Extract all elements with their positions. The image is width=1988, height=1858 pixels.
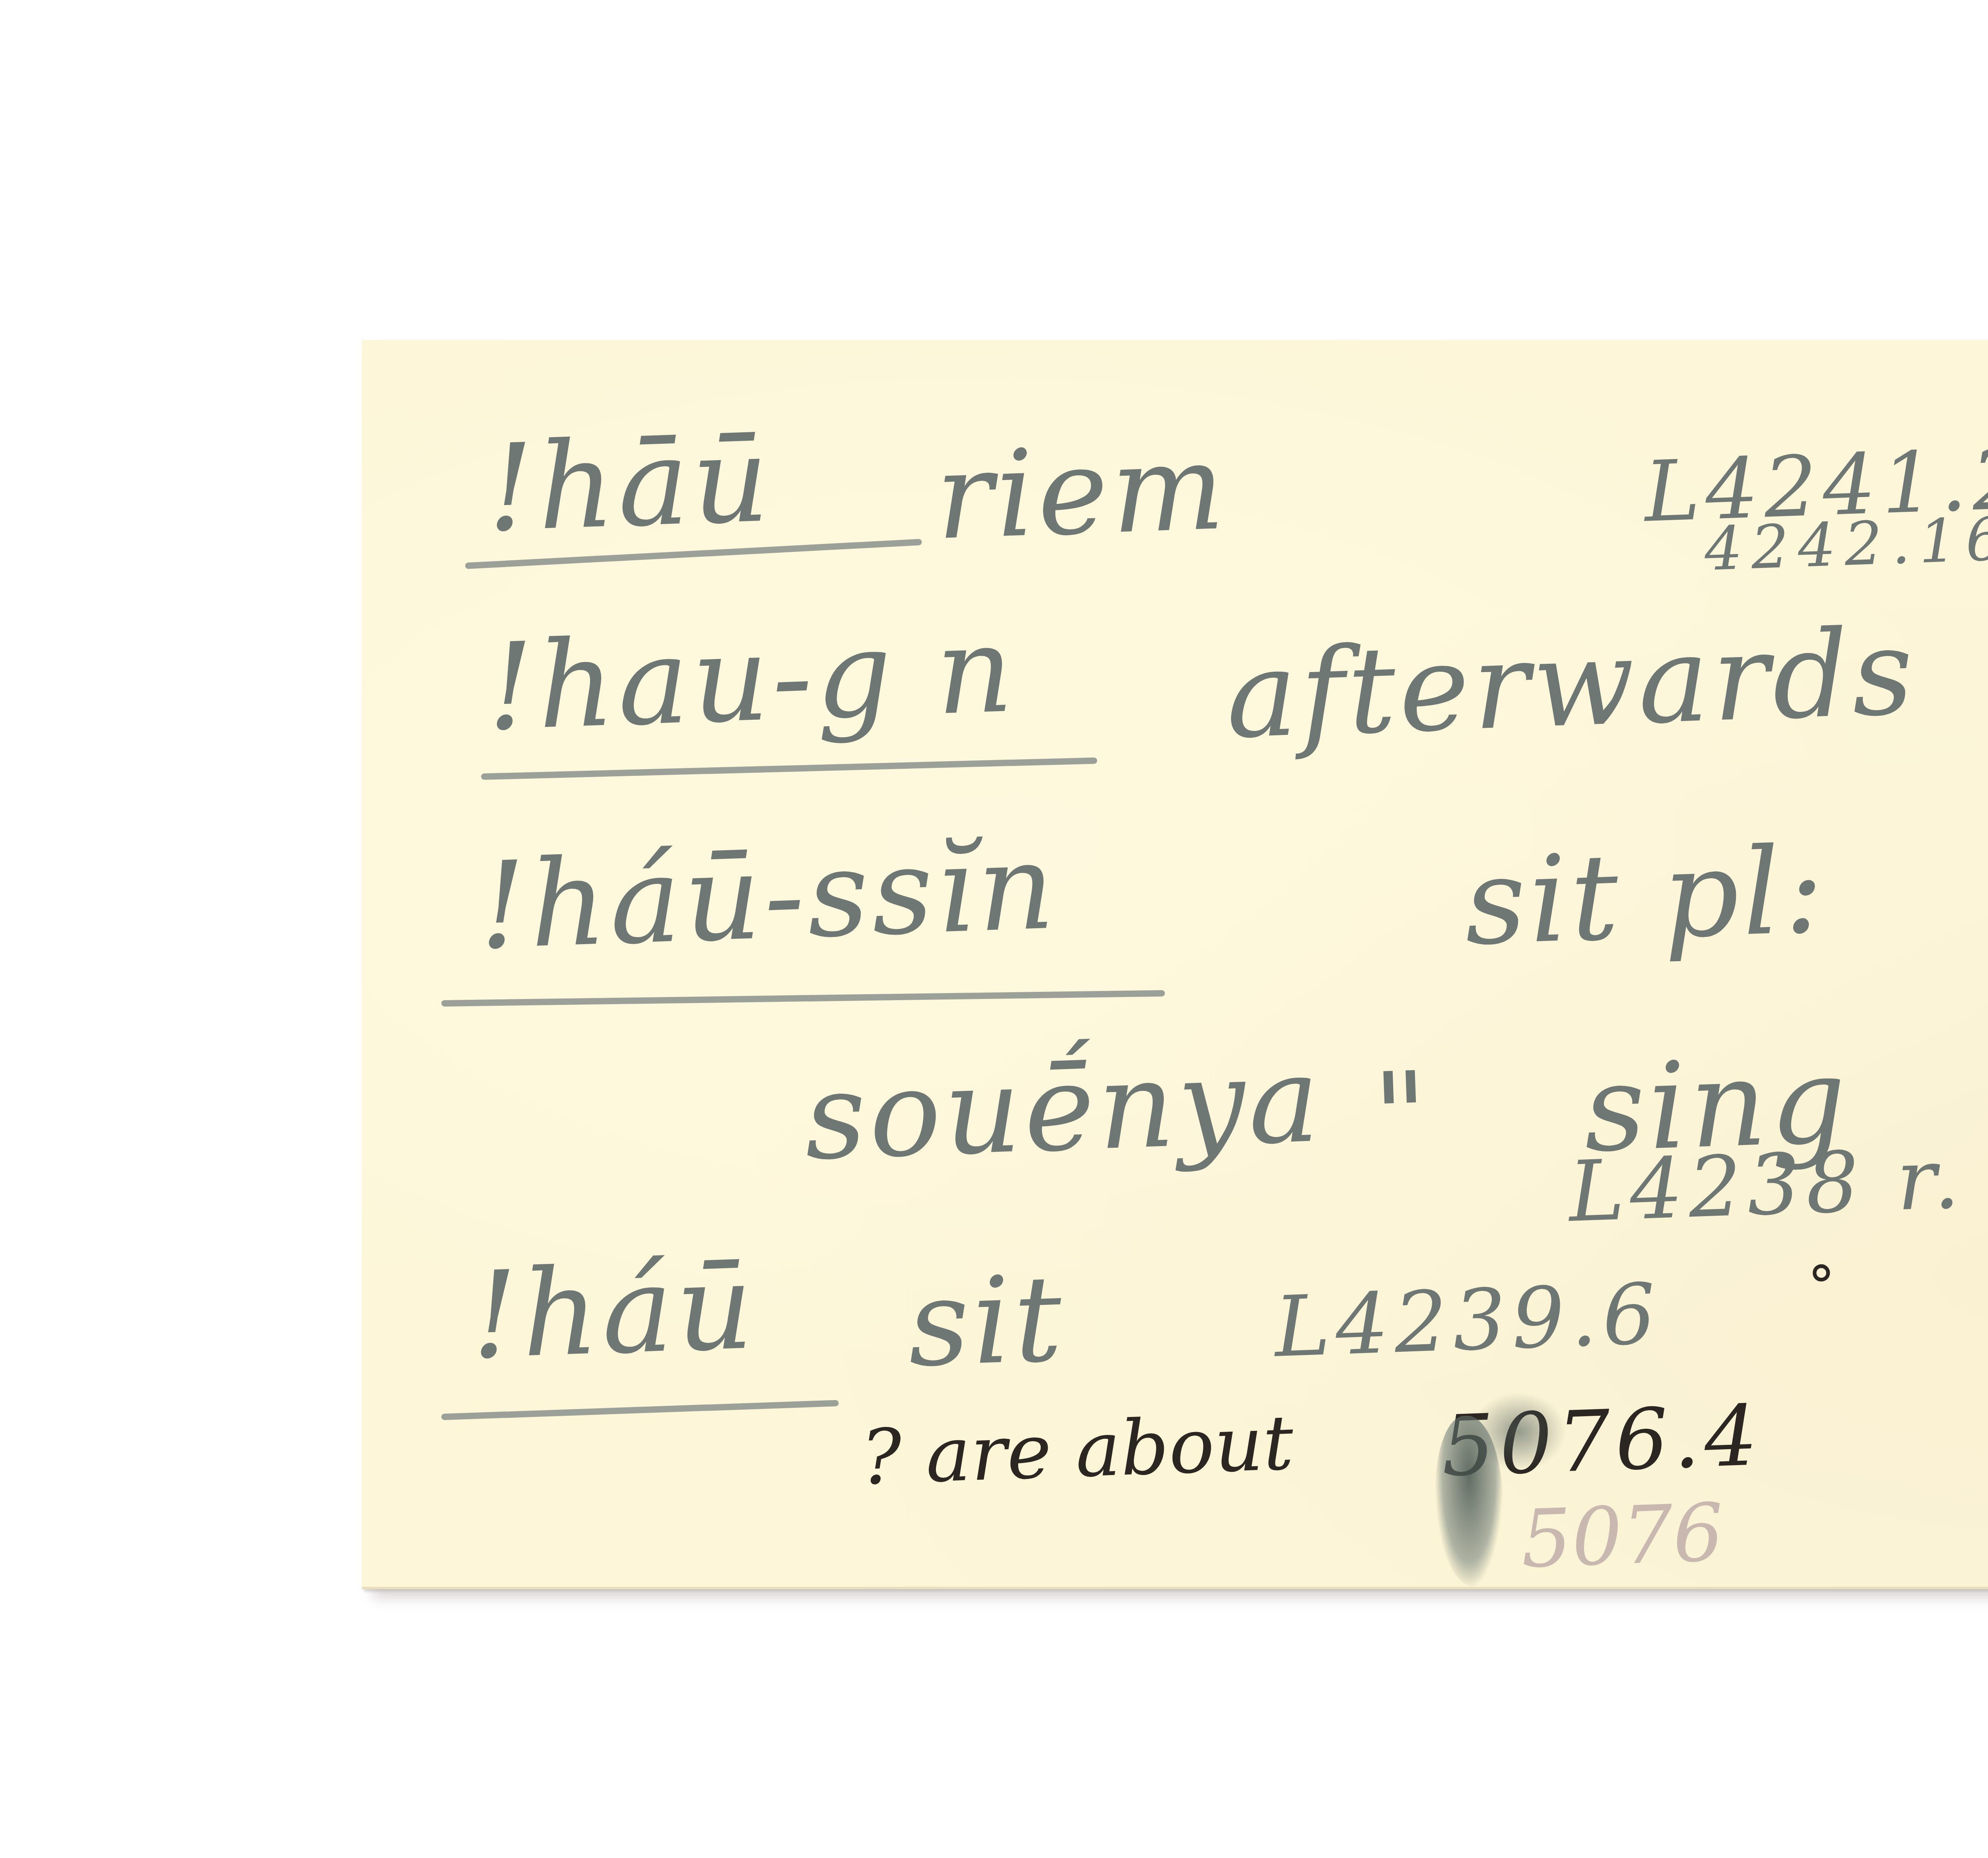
pencil-number: 5076 (1520, 1486, 1725, 1586)
entry-4-reference: L4239.6 (1273, 1265, 1662, 1376)
entry-4-underline (441, 1400, 839, 1420)
entry-1-headword: !hāū (484, 410, 775, 558)
entry-4-headword: !háū (468, 1237, 759, 1386)
entry-1-reference-2: 4242.16 (1703, 504, 1988, 584)
entry-4-mark: ° (1807, 1254, 1842, 1320)
entry-2-headword: !hau-g n (484, 600, 1018, 757)
entry-3-headword: !háū-ssĭn (476, 817, 1060, 976)
index-card: !hāū riem L4241.20 4242.16 !hau-g n afte… (362, 340, 1988, 1589)
entry-3-sub-ditto: " (1371, 1046, 1434, 1187)
entry-3-sub-word: souḗnya (802, 1030, 1325, 1187)
entry-1-gloss: riem (934, 418, 1230, 566)
ink-smudge (1471, 1392, 1567, 1471)
note-prefix: ? are about (860, 1399, 1295, 1502)
entry-2-underline (481, 757, 1097, 780)
entry-4-gloss: sit (906, 1249, 1067, 1393)
entry-3-gloss: sit pl: (1462, 820, 1829, 972)
entry-3-underline (441, 990, 1165, 1007)
entry-2-gloss: afterwards (1224, 602, 1919, 765)
